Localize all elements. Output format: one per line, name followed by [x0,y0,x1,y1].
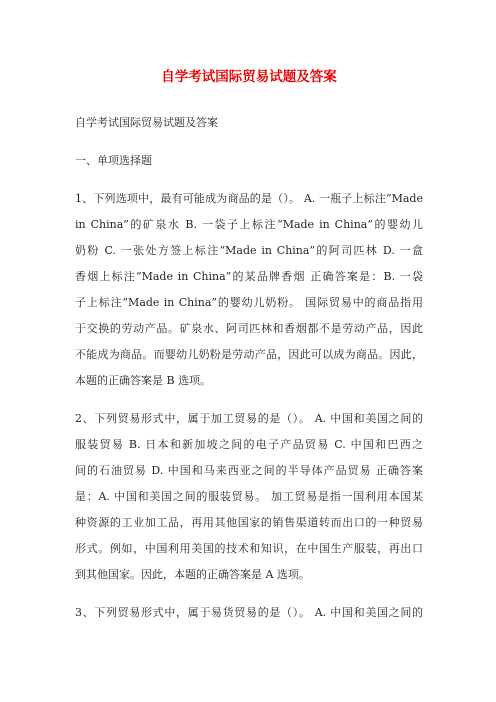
document-page: 自学考试国际贸易试题及答案 自学考试国际贸易试题及答案 一、单项选择题 1、下列… [0,0,496,702]
text-line: 香烟上标注“Made in China”的某品牌香烟 正确答案是：B. 一袋 [75,264,423,290]
text-line: 不能成为商品。而婴幼儿奶粉是劳动产品，因此可以成为商品。因此， [75,342,423,368]
text-line: 3、下列贸易形式中，属于易货贸易的是（）。 A. 中国和美国之间的 [75,600,423,626]
question-2-paragraph: 2、下列贸易形式中，属于加工贸易的是（）。 A. 中国和美国之间的 服装贸易 B… [75,406,423,588]
text-line: 是：A. 中国和美国之间的服装贸易。 加工贸易是指一国利用本国某 [75,484,423,510]
question-3-paragraph: 3、下列贸易形式中，属于易货贸易的是（）。 A. 中国和美国之间的 [75,600,423,626]
text-line: 到其他国家。因此，本题的正确答案是 A 选项。 [75,562,423,588]
text-line: 形式。例如，中国利用美国的技术和知识，在中国生产服装，再出口 [75,536,423,562]
text-line: in China”的矿泉水 B. 一袋子上标注“Made in China”的婴… [75,212,423,238]
text-line: 本题的正确答案是 B 选项。 [75,368,423,394]
text-line: 奶粉 C. 一张处方签上标注“Made in China”的阿司匹林 D. 一盒 [75,238,423,264]
text-line: 于交换的劳动产品。矿泉水、阿司匹林和香烟都不是劳动产品，因此 [75,316,423,342]
question-1-paragraph: 1、下列选项中，最有可能成为商品的是（）。 A. 一瓶子上标注“Made in … [75,186,423,394]
document-title: 自学考试国际贸易试题及答案 [75,64,423,90]
text-line: 种资源的工业加工品，再用其他国家的销售渠道转而出口的一种贸易 [75,510,423,536]
text-line: 2、下列贸易形式中，属于加工贸易的是（）。 A. 中国和美国之间的 [75,406,423,432]
text-line: 间的石油贸易 D. 中国和马来西亚之间的半导体产品贸易 正确答案 [75,458,423,484]
section-heading-paragraph: 一、单项选择题 [75,148,423,174]
document-subtitle-paragraph: 自学考试国际贸易试题及答案 [75,110,423,136]
text-line: 服装贸易 B. 日本和新加坡之间的电子产品贸易 C. 中国和巴西之 [75,432,423,458]
document-subtitle: 自学考试国际贸易试题及答案 [75,110,423,136]
text-line: 1、下列选项中，最有可能成为商品的是（）。 A. 一瓶子上标注“Made [75,186,423,212]
text-line: 子上标注“Made in China”的婴幼儿奶粉。 国际贸易中的商品指用 [75,290,423,316]
section-heading: 一、单项选择题 [75,148,423,174]
